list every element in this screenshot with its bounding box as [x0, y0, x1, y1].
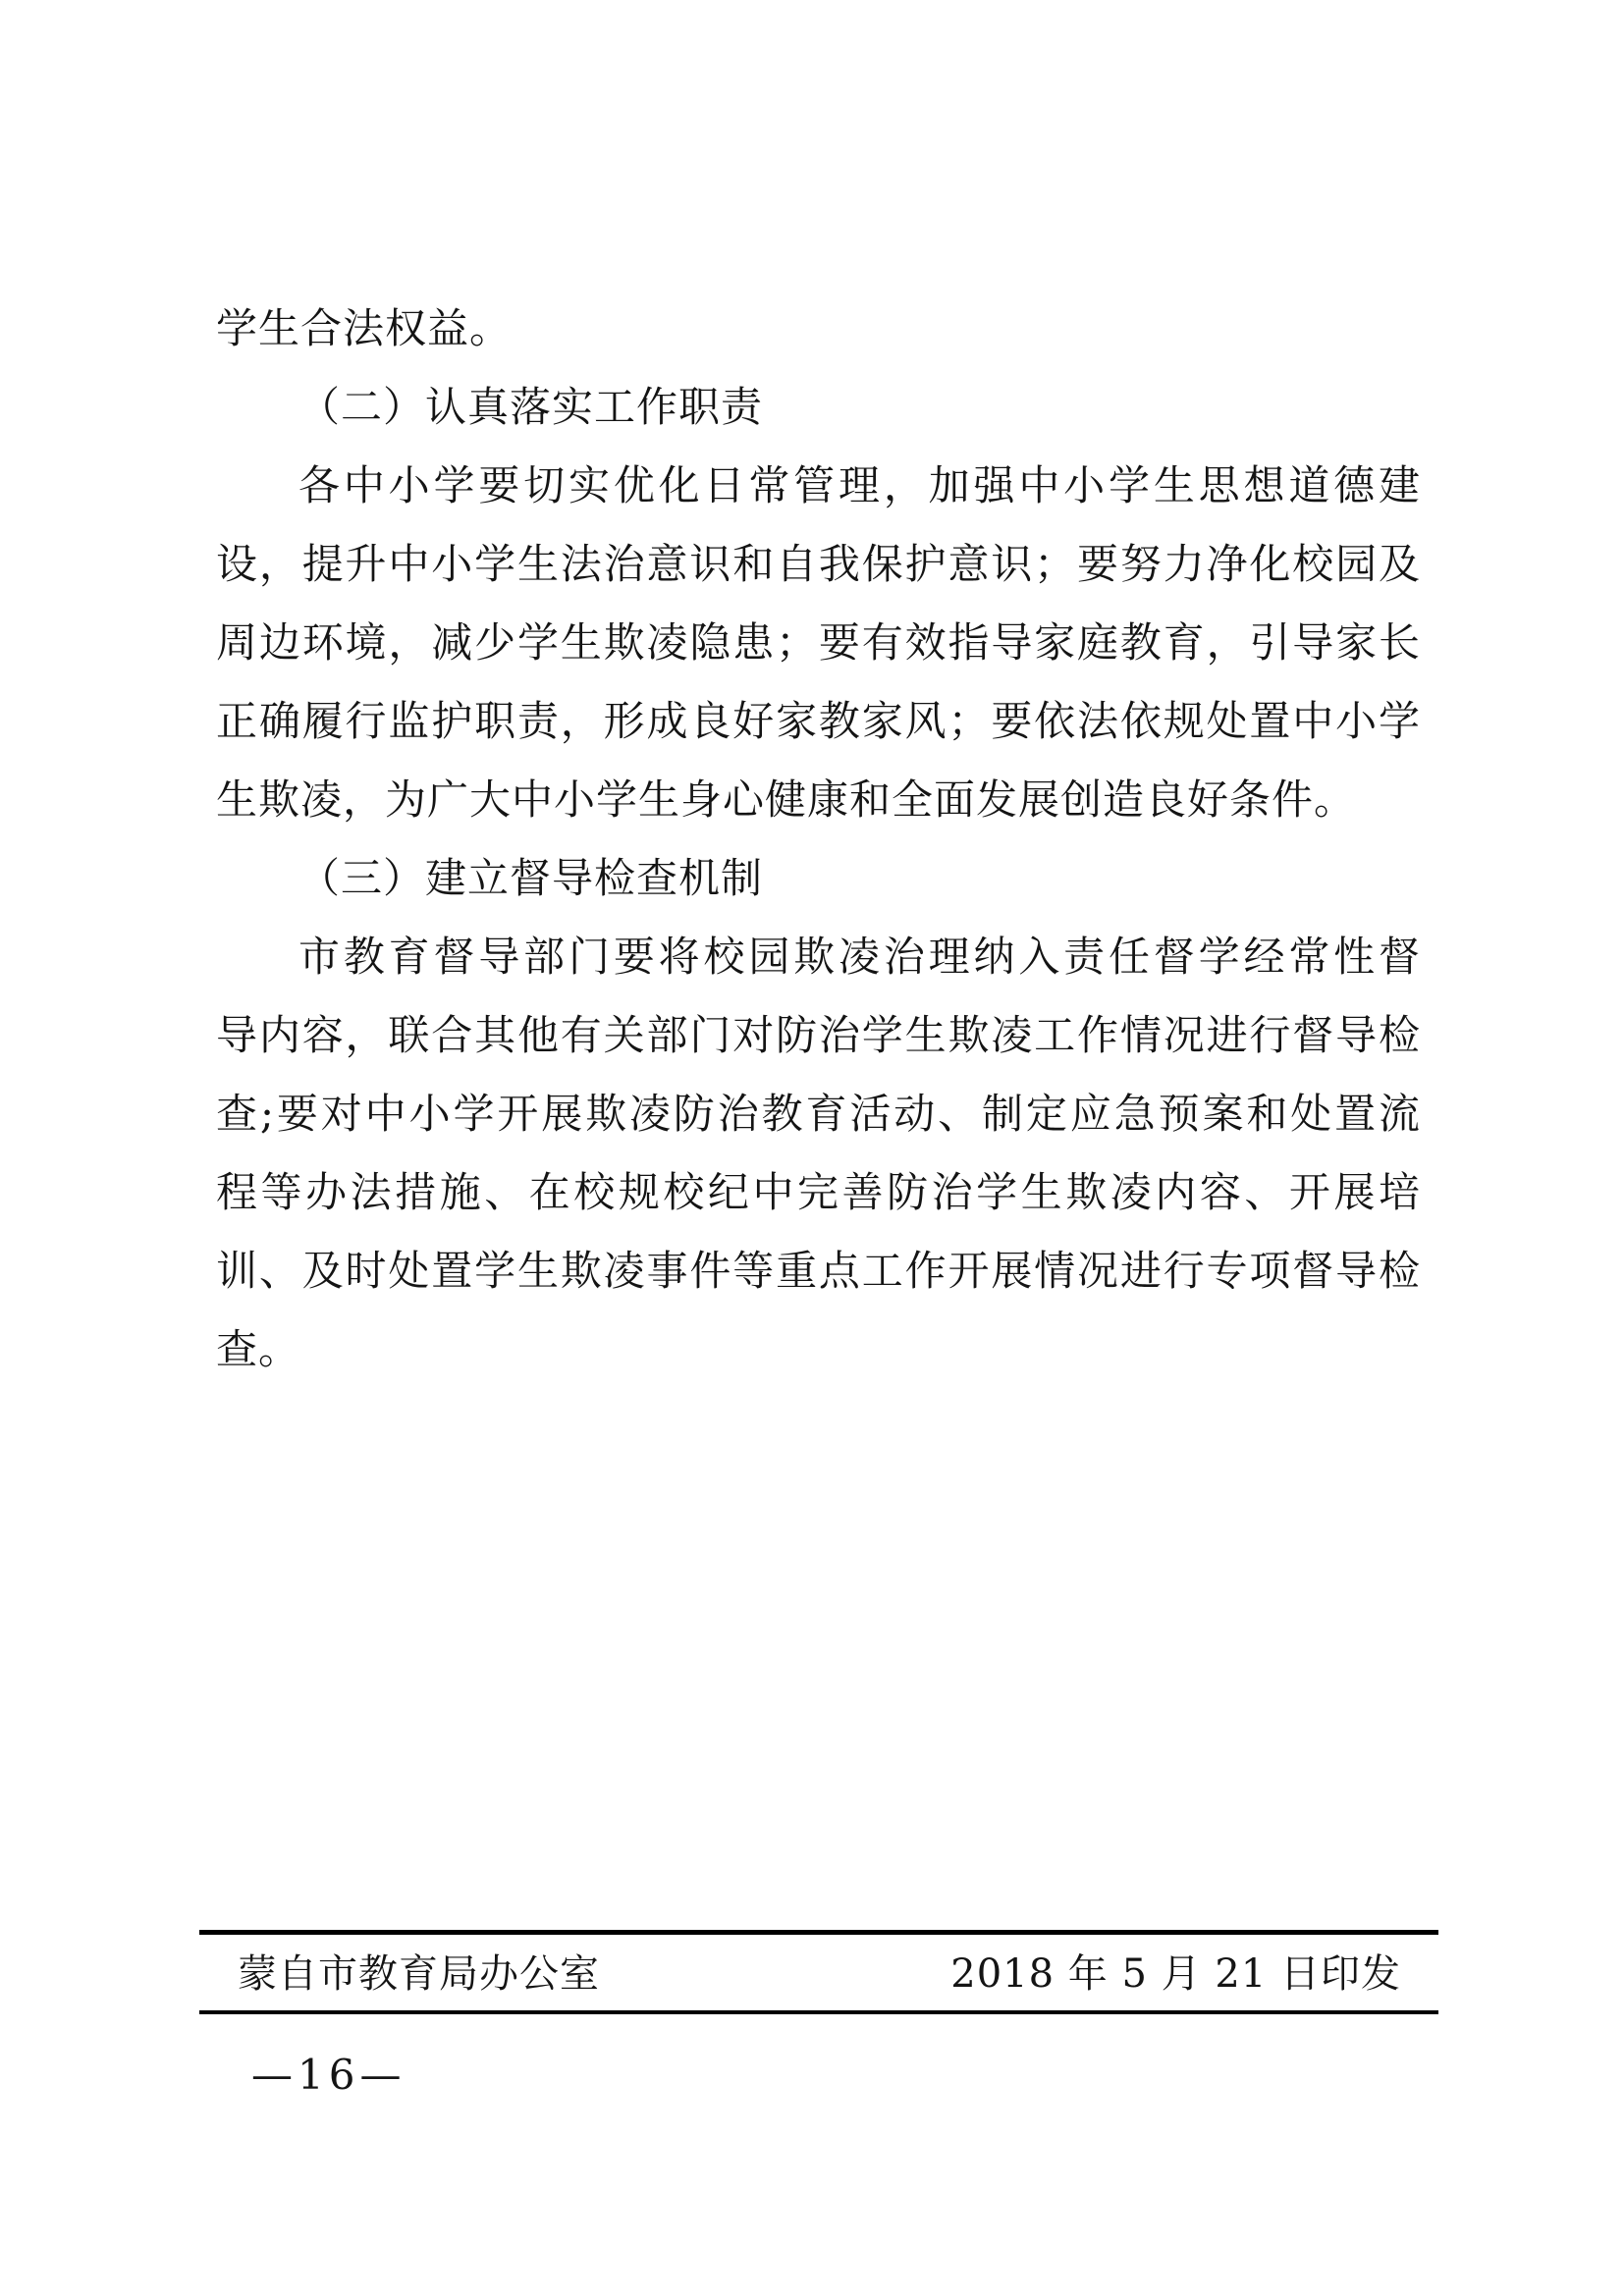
body-line: 各中小学要切实优化日常管理，加强中小学生思想道德建 — [216, 447, 1421, 525]
footer-issuer: 蒙自市教育局办公室 — [238, 1951, 600, 1997]
document-body: 学生合法权益。 （二）认真落实工作职责 各中小学要切实优化日常管理，加强中小学生… — [216, 290, 1421, 1389]
body-line: 导内容，联合其他有关部门对防治学生欺凌工作情况进行督导检 — [216, 996, 1421, 1075]
body-line: 正确履行监护职责，形成良好家教家风；要依法依规处置中小学 — [216, 682, 1421, 761]
body-line: 训、及时处置学生欺凌事件等重点工作开展情况进行专项督导检 — [216, 1232, 1421, 1310]
body-line: 查。 — [216, 1310, 1421, 1389]
footer-rule-bottom — [199, 2010, 1438, 2014]
body-line: 周边环境，减少学生欺凌隐患；要有效指导家庭教育，引导家长 — [216, 604, 1421, 682]
footer-print-date: 2018 年 5 月 21 日印发 — [950, 1951, 1401, 1997]
page: 学生合法权益。 （二）认真落实工作职责 各中小学要切实优化日常管理，加强中小学生… — [0, 0, 1624, 2296]
body-line: 程等办法措施、在校规校纪中完善防治学生欺凌内容、开展培 — [216, 1153, 1421, 1232]
footer-rule-top — [199, 1930, 1438, 1935]
body-line: 设，提升中小学生法治意识和自我保护意识；要努力净化校园及 — [216, 525, 1421, 604]
body-line: 查;要对中小学开展欺凌防治教育活动、制定应急预案和处置流 — [216, 1075, 1421, 1153]
footer: 蒙自市教育局办公室 2018 年 5 月 21 日印发 — [199, 1951, 1438, 1997]
body-line: 生欺凌，为广大中小学生身心健康和全面发展创造良好条件。 — [216, 761, 1421, 839]
page-number: —16— — [251, 2048, 406, 2103]
section-heading-3: （三）建立督导检查机制 — [216, 839, 1421, 918]
body-line: 市教育督导部门要将校园欺凌治理纳入责任督学经常性督 — [216, 918, 1421, 996]
section-heading-2: （二）认真落实工作职责 — [216, 368, 1421, 447]
body-line: 学生合法权益。 — [216, 290, 1421, 368]
